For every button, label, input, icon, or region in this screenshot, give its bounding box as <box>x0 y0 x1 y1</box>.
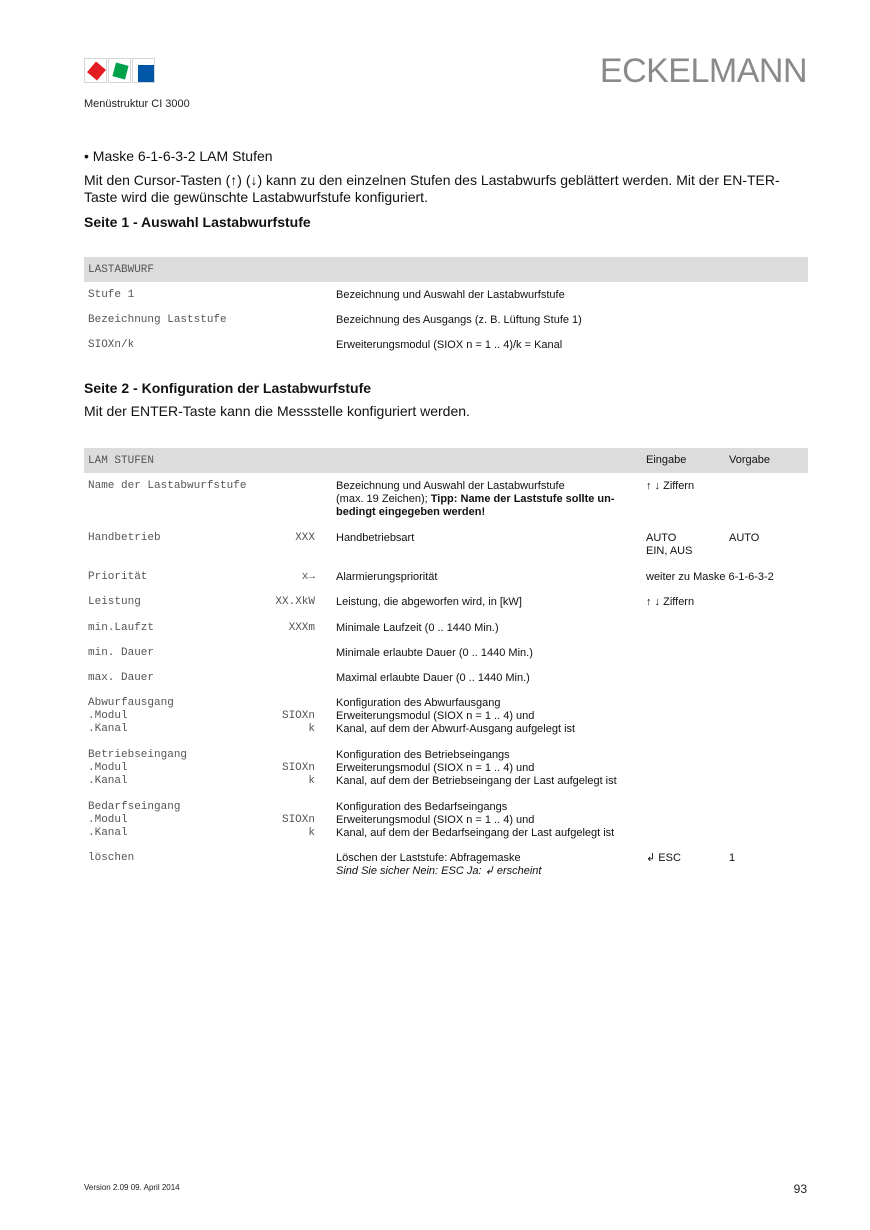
row-desc: Leistung, die abgeworfen wird, in [kW] <box>336 596 636 609</box>
value-line: SIOXn <box>282 762 315 775</box>
label-line: .Kanal <box>88 827 180 840</box>
desc-line: Konfiguration des Betriebseingangs <box>336 749 656 762</box>
row-label: min.Laufzt <box>88 622 154 634</box>
row-label: Bedarfseingang .Modul .Kanal <box>88 801 180 840</box>
row-value: XX.XkW <box>275 596 315 608</box>
row-eingabe: AUTO EIN, AUS <box>646 532 692 558</box>
row-eingabe: ↲ ESC <box>646 852 681 865</box>
row-value: XXX <box>295 532 315 544</box>
desc-line: Sind Sie sicher Nein: ESC Ja: ↲ erschein… <box>336 865 656 878</box>
value-line: k <box>282 775 315 788</box>
page-number: 93 <box>794 1182 807 1196</box>
row-label: löschen <box>88 852 134 864</box>
row-value: SIOXn k <box>282 801 315 840</box>
row-label: Name der Lastabwurfstufe <box>88 480 246 492</box>
row-desc: Bezeichnung und Auswahl der Lastabwurfst… <box>336 289 636 302</box>
table-row: max. Dauer Maximal erlaubte Dauer (0 .. … <box>84 672 808 692</box>
page1-heading: Seite 1 - Auswahl Lastabwurfstufe <box>84 214 311 230</box>
section-bullet: • Maske 6-1-6-3-2 LAM Stufen <box>84 148 273 164</box>
table-row: Bezeichnung Laststufe Bezeichnung des Au… <box>84 314 808 334</box>
desc-line: Kanal, auf dem der Betriebseingang der L… <box>336 775 656 788</box>
brand-name: ECKELMANN <box>600 52 807 91</box>
table-row: Stufe 1 Bezeichnung und Auswahl der Last… <box>84 289 808 309</box>
label-line: .Modul <box>88 814 180 827</box>
desc-line: Kanal, auf dem der Bedarfseingang der La… <box>336 827 656 840</box>
row-desc: Bezeichnung und Auswahl der Lastabwurfst… <box>336 480 636 519</box>
label-line: Bedarfseingang <box>88 801 180 814</box>
table-row: SIOXn/k Erweiterungsmodul (SIOX n = 1 ..… <box>84 339 808 359</box>
row-label: Stufe 1 <box>88 289 134 301</box>
row-desc: Erweiterungsmodul (SIOX n = 1 .. 4)/k = … <box>336 339 636 352</box>
tip-text: Tipp: Name der Laststufe sollte un- <box>431 493 615 505</box>
row-vorgabe: 1 <box>729 852 735 865</box>
desc-line: Erweiterungsmodul (SIOX n = 1 .. 4) und <box>336 710 656 723</box>
blue-square-icon <box>132 58 155 83</box>
row-label: Abwurfausgang .Modul .Kanal <box>88 697 174 736</box>
table-row: Leistung XX.XkW Leistung, die abgeworfen… <box>84 596 808 616</box>
desc-line: Konfiguration des Abwurfausgang <box>336 697 656 710</box>
row-eingabe: weiter zu Maske 6-1-6-3-2 <box>646 571 774 584</box>
label-line: .Modul <box>88 762 187 775</box>
row-label: Bezeichnung Laststufe <box>88 314 227 326</box>
desc-line: Bezeichnung und Auswahl der Lastabwurfst… <box>336 480 636 493</box>
tip-text: bedingt eingegeben werden! <box>336 506 485 518</box>
value-line: k <box>282 827 315 840</box>
footer-version: Version 2.09 09. April 2014 <box>84 1183 180 1192</box>
section-title: Maske 6-1-6-3-2 LAM Stufen <box>93 148 273 164</box>
page2-text: Mit der ENTER-Taste kann die Messstelle … <box>84 403 470 419</box>
table1-title: LASTABWURF <box>88 264 154 276</box>
eingabe-line: AUTO <box>646 532 692 545</box>
row-eingabe: ↑ ↓ Ziffern <box>646 480 694 493</box>
document-subtitle: Menüstruktur CI 3000 <box>84 98 190 110</box>
row-label: Priorität <box>88 571 147 583</box>
label-line: .Kanal <box>88 723 174 736</box>
green-diamond-icon <box>108 58 131 83</box>
eingabe-line: EIN, AUS <box>646 545 692 558</box>
row-desc: Löschen der Laststufe: Abfragemaske Sind… <box>336 852 656 878</box>
row-desc: Konfiguration des Abwurfausgang Erweiter… <box>336 697 656 736</box>
table-row: Bedarfseingang .Modul .Kanal SIOXn k Kon… <box>84 801 808 843</box>
row-desc: Handbetriebsart <box>336 532 636 545</box>
desc-line: Kanal, auf dem der Abwurf-Ausgang aufgel… <box>336 723 656 736</box>
table1-header: LASTABWURF <box>84 257 808 282</box>
desc-line: Erweiterungsmodul (SIOX n = 1 .. 4) und <box>336 814 656 827</box>
intro-paragraph: Mit den Cursor-Tasten (↑) (↓) kann zu de… <box>84 172 784 206</box>
row-label: SIOXn/k <box>88 339 134 351</box>
row-label: min. Dauer <box>88 647 154 659</box>
page2-heading: Seite 2 - Konfiguration der Lastabwurfst… <box>84 380 371 396</box>
label-line: .Kanal <box>88 775 187 788</box>
desc-line: Löschen der Laststufe: Abfragemaske <box>336 852 656 865</box>
label-line: Abwurfausgang <box>88 697 174 710</box>
column-eingabe: Eingabe <box>646 454 686 467</box>
table-row: Name der Lastabwurfstufe Bezeichnung und… <box>84 480 808 522</box>
row-desc: Maximal erlaubte Dauer (0 .. 1440 Min.) <box>336 672 636 685</box>
row-desc: Alarmierungspriorität <box>336 571 636 584</box>
row-label: Betriebseingang .Modul .Kanal <box>88 749 187 788</box>
row-desc: Bezeichnung des Ausgangs (z. B. Lüftung … <box>336 314 636 327</box>
table-row: Handbetrieb XXX Handbetriebsart AUTO EIN… <box>84 532 808 562</box>
table-row: löschen Löschen der Laststufe: Abfragema… <box>84 852 808 882</box>
row-value: SIOXn k <box>282 749 315 788</box>
red-diamond-icon <box>84 58 107 83</box>
table-row: min.Laufzt XXXm Minimale Laufzeit (0 .. … <box>84 622 808 642</box>
table-row: Abwurfausgang .Modul .Kanal SIOXn k Konf… <box>84 697 808 739</box>
desc-line: Konfiguration des Bedarfseingangs <box>336 801 656 814</box>
label-line: .Modul <box>88 710 174 723</box>
row-value: x→ <box>302 571 315 583</box>
row-desc: Konfiguration des Bedarfseingangs Erweit… <box>336 801 656 840</box>
desc-line: (max. 19 Zeichen); <box>336 493 431 505</box>
table2-title: LAM STUFEN <box>88 455 154 467</box>
row-desc: Minimale Laufzeit (0 .. 1440 Min.) <box>336 622 636 635</box>
row-label: max. Dauer <box>88 672 154 684</box>
table-row: Priorität x→ Alarmierungspriorität weite… <box>84 571 808 591</box>
row-value: SIOXn k <box>282 697 315 736</box>
row-desc: Konfiguration des Betriebseingangs Erwei… <box>336 749 656 788</box>
row-vorgabe: AUTO <box>729 532 759 545</box>
table2-header: LAM STUFEN Eingabe Vorgabe <box>84 448 808 473</box>
bullet-icon: • <box>84 148 89 164</box>
table-row: Betriebseingang .Modul .Kanal SIOXn k Ko… <box>84 749 808 791</box>
column-vorgabe: Vorgabe <box>729 454 770 467</box>
desc-line: Erweiterungsmodul (SIOX n = 1 .. 4) und <box>336 762 656 775</box>
label-line: Betriebseingang <box>88 749 187 762</box>
eckelmann-logo <box>84 58 156 83</box>
row-eingabe: ↑ ↓ Ziffern <box>646 596 694 609</box>
row-label: Leistung <box>88 596 141 608</box>
value-line: SIOXn <box>282 814 315 827</box>
row-desc: Minimale erlaubte Dauer (0 .. 1440 Min.) <box>336 647 636 660</box>
table-row: min. Dauer Minimale erlaubte Dauer (0 ..… <box>84 647 808 667</box>
row-value: XXXm <box>289 622 315 634</box>
value-line: SIOXn <box>282 710 315 723</box>
row-label: Handbetrieb <box>88 532 161 544</box>
value-line: k <box>282 723 315 736</box>
